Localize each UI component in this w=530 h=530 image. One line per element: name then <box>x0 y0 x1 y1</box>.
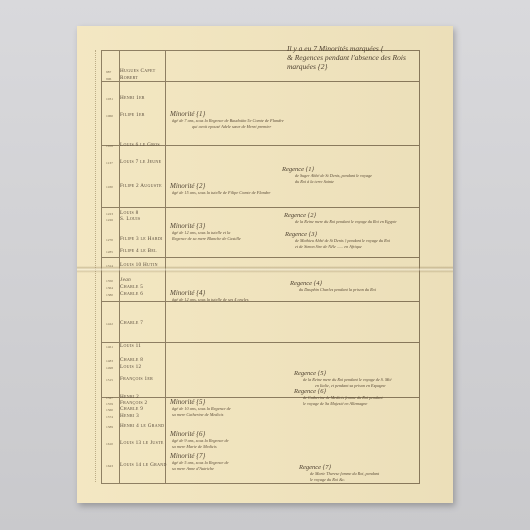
king-name: Henri 3 <box>120 413 139 419</box>
minority-note: sa mere Catherine de Medicis <box>172 412 223 418</box>
king-name: Charle 6 <box>120 291 143 297</box>
year-label: 987 <box>106 70 111 74</box>
king-name: Jean <box>120 277 131 283</box>
minority-title: Minorité {7} <box>170 452 205 460</box>
king-name: Filipe 4 le Bel <box>120 248 157 254</box>
king-name: Charle 7 <box>120 320 143 326</box>
year-label: 1422 <box>106 322 113 326</box>
regency-note: le voyage du Roi &c. <box>310 477 345 483</box>
year-label: 1461 <box>106 345 113 349</box>
year-label: 1643 <box>106 464 113 468</box>
king-name: Louis 7 le Jeune <box>120 159 161 165</box>
king-name: Robert <box>120 75 138 81</box>
regency-title: Regence {4} <box>290 280 322 287</box>
king-name: Louis 13 le Juste <box>120 440 164 446</box>
section-divider <box>102 207 419 208</box>
king-name: François 1er <box>120 376 153 382</box>
year-label: 1223 <box>106 212 113 216</box>
year-label: 1560 <box>106 408 113 412</box>
king-name: Louis 12 <box>120 364 141 370</box>
regency-note: le voyage de Sa Majesté en Allemagne <box>303 401 367 407</box>
year-label: 1285 <box>106 250 113 254</box>
minority-title: Minorité {5} <box>170 398 205 406</box>
paper-fold-crease <box>77 266 453 273</box>
regency-note: du Roi à la terre Sainte <box>295 179 334 185</box>
year-label: 1108 <box>106 144 113 148</box>
year-label: 1498 <box>106 366 113 370</box>
year-label: 1559 <box>106 402 113 406</box>
king-name: Louis 14 le Grand <box>120 462 167 468</box>
minority-note: sa mere Marie de Medicis <box>172 444 217 450</box>
king-name: Charle 8 <box>120 357 143 363</box>
regency-note: du Dauphin Charles pendant la prison du … <box>299 287 376 293</box>
regency-title: Regence {5} <box>294 370 326 377</box>
king-name: Filipe 1er <box>120 112 145 118</box>
minority-note: âgé de 15 ans, sous la tutelle de Filipe… <box>172 190 270 196</box>
year-label: 1380 <box>106 293 113 297</box>
minority-title: Minorité {3} <box>170 222 205 230</box>
regency-title: Regence {7} <box>299 464 331 471</box>
minority-title: Minorité {4} <box>170 289 205 297</box>
regency-note: de la Reine mere du Roi pendant le voyag… <box>295 219 396 225</box>
year-label: 1515 <box>106 378 113 382</box>
year-label: 1547 <box>106 396 113 400</box>
section-divider <box>102 342 419 343</box>
king-name: S. Louis <box>120 216 140 222</box>
year-label: 1574 <box>106 415 113 419</box>
year-label: 996 <box>106 77 111 81</box>
regency-title: Regence {2} <box>284 212 316 219</box>
minority-note: âgé de 12 ans, sous la tutelle de ses 4 … <box>172 297 249 303</box>
regency-title: Regence {6} <box>294 388 326 395</box>
section-divider <box>102 301 419 302</box>
king-name: Louis 11 <box>120 343 141 349</box>
king-name: Filipe 3 le Hardi <box>120 236 163 242</box>
regency-title: Regence {1} <box>282 166 314 173</box>
regency-title: Regence {3} <box>285 231 317 238</box>
year-label: 1483 <box>106 359 113 363</box>
year-label: 1060 <box>106 114 113 118</box>
minority-title: Minorité {1} <box>170 110 205 118</box>
header-note-line-3: marquées {2} <box>287 62 328 71</box>
year-label: 1226 <box>106 218 113 222</box>
king-name: Charle 5 <box>120 284 143 290</box>
year-label: 1610 <box>106 442 113 446</box>
minority-note: Regence de sa mere Blanche de Castille <box>172 236 241 242</box>
king-name: Henri 4 le Grand <box>120 423 164 429</box>
king-name: Hugues Capet <box>120 68 155 74</box>
year-label: 1031 <box>106 97 113 101</box>
year-label: 1350 <box>106 279 113 283</box>
year-label: 1270 <box>106 238 113 242</box>
year-label: 1364 <box>106 286 113 290</box>
year-label: 1137 <box>106 161 113 165</box>
section-divider <box>102 257 419 258</box>
year-label: 1180 <box>106 185 113 189</box>
document-poster: Il y a eu 7 Minorités marquées { & Regen… <box>77 26 453 503</box>
minority-title: Minorité {2} <box>170 182 205 190</box>
king-name: Charle 9 <box>120 406 143 412</box>
minority-note: sa mere Anne d'Autriche <box>172 466 214 472</box>
king-name: Filipe 2 Auguste <box>120 183 162 189</box>
regency-note: et de Simon Sire de Nêle ...... en Afriq… <box>295 244 362 250</box>
king-name: Henri 1er <box>120 95 145 101</box>
year-label: 1589 <box>106 425 113 429</box>
header-note-line-1: Il y a eu 7 Minorités marquées { <box>287 44 384 53</box>
king-name: Louis 6 le Gros <box>120 142 160 148</box>
header-note-line-2: & Regences pendant l'absence des Rois <box>287 53 406 62</box>
minority-note: qui avoit epousé Adele sœur de Henri pre… <box>192 124 271 130</box>
section-divider <box>102 81 419 82</box>
minority-title: Minorité {6} <box>170 430 205 438</box>
